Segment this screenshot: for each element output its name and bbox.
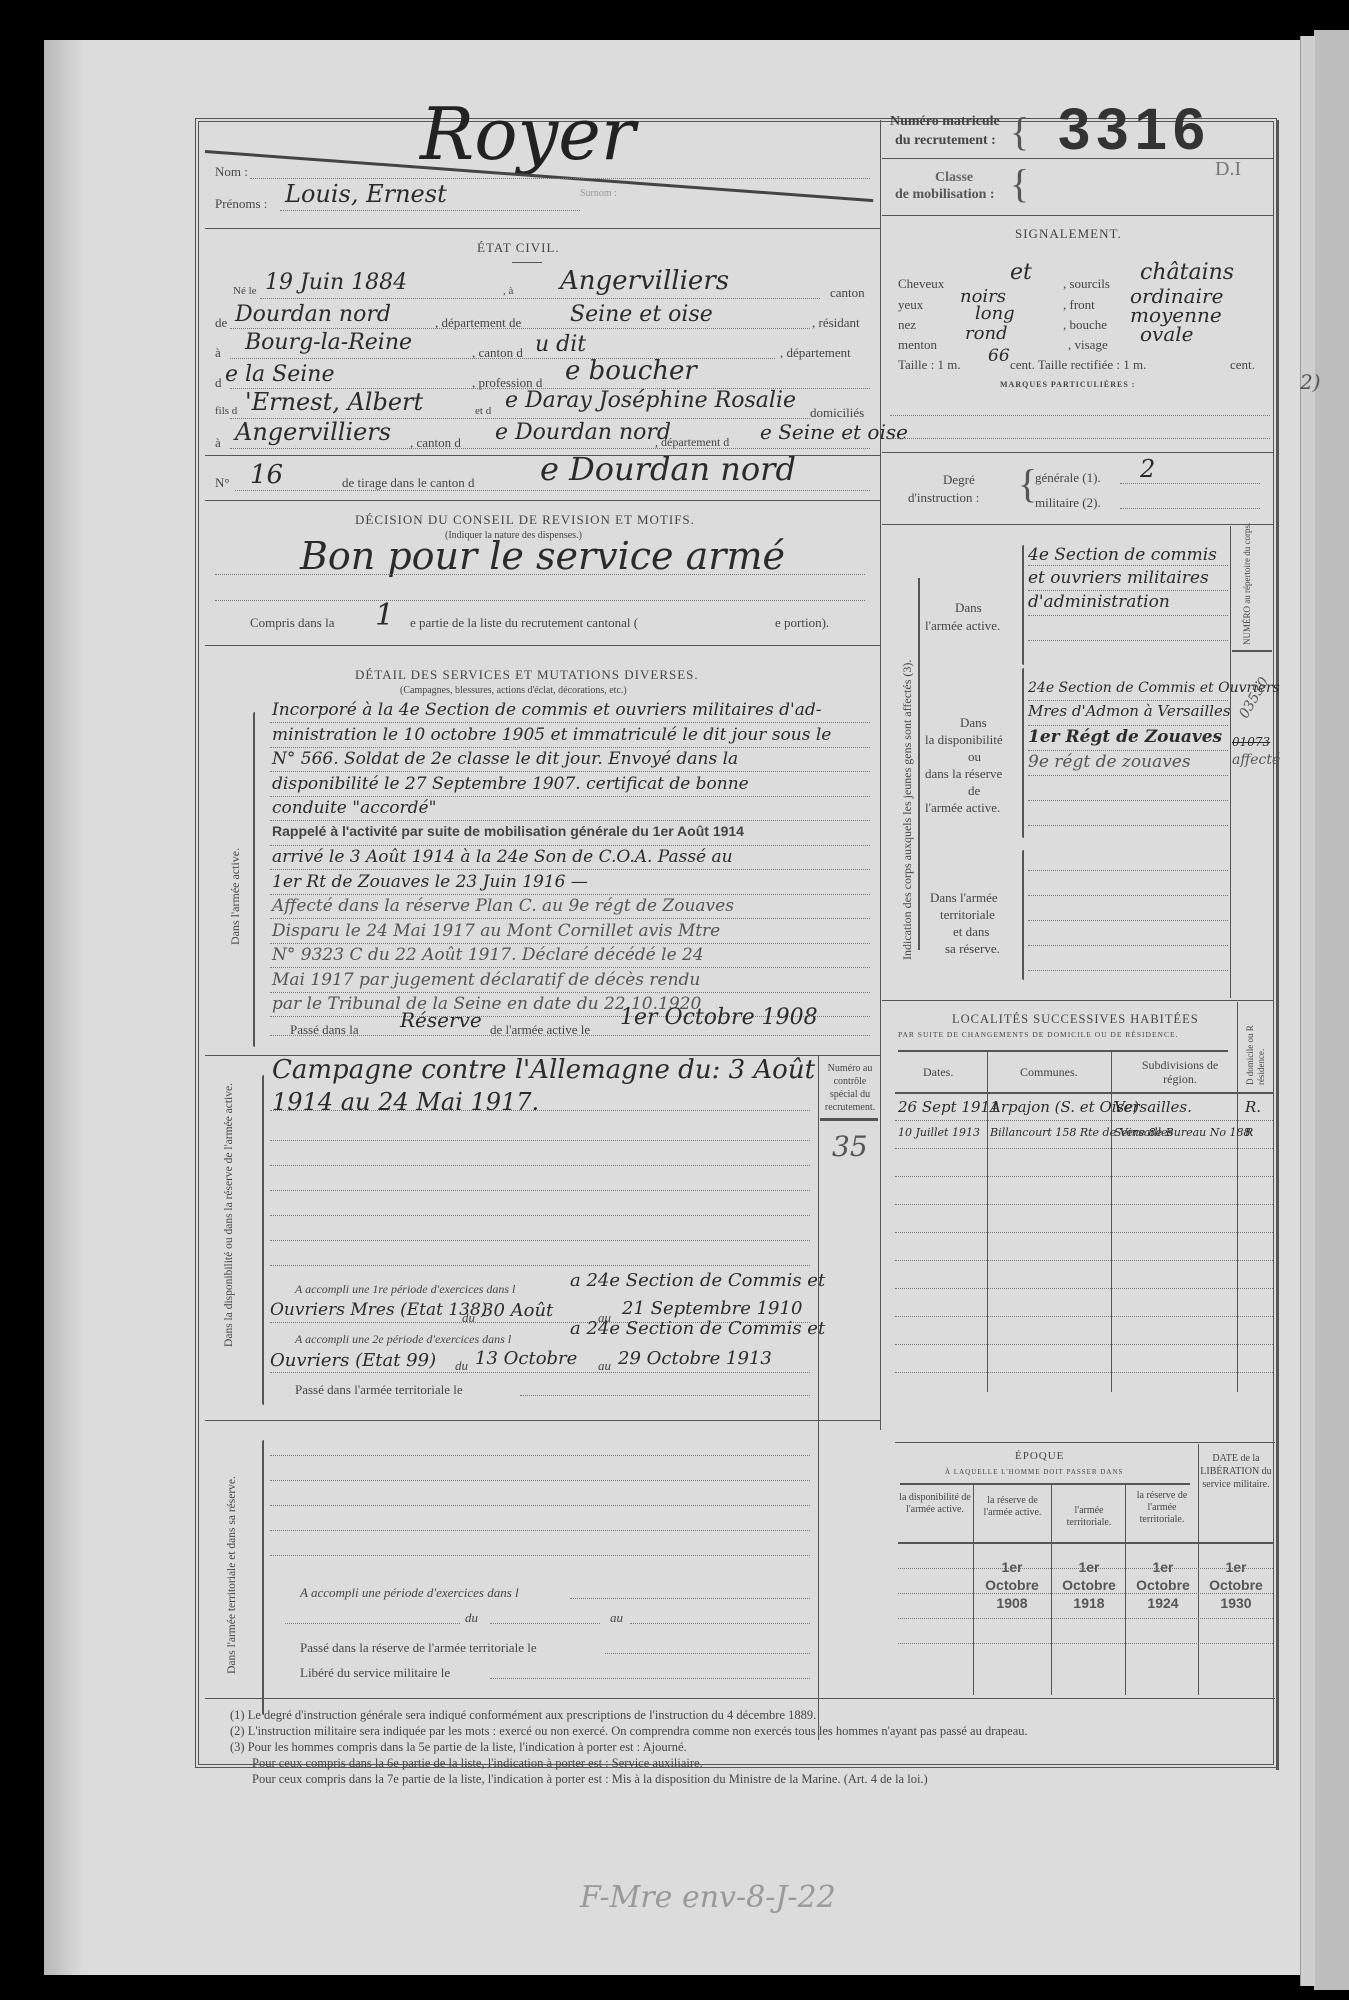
side-label-territoriale: Dans l'armée territoriale et dans sa rés… — [225, 1475, 239, 1675]
affect-divider — [882, 1000, 1274, 1001]
ne-a-label: , à — [503, 285, 513, 297]
ne-a-value: Angervilliers — [560, 266, 729, 296]
liberation-value: 1er Octobre 1930 — [1200, 1558, 1272, 1612]
yeux-label: yeux — [898, 297, 923, 313]
terr-reserve-label: Passé dans la réserve de l'armée territo… — [300, 1640, 537, 1656]
periode2-label: A accompli une 2e période d'exercices da… — [295, 1332, 511, 1347]
bouche-label: , bouche — [1063, 317, 1107, 333]
classe-brace: { — [1010, 160, 1029, 207]
epoque-header-underline — [898, 1542, 1273, 1544]
departement2-label: , département — [780, 345, 851, 361]
compris-value: 1 — [375, 598, 394, 633]
compris-label: Compris dans la — [250, 615, 335, 631]
el-4 — [898, 1643, 1273, 1644]
periode1-label: A accompli une 1re période d'exercices d… — [295, 1282, 515, 1297]
tirage-line — [235, 490, 870, 491]
portion-label: e portion). — [775, 615, 829, 631]
loc-type: R — [1245, 1126, 1253, 1139]
loc-header-communes: Communes. — [1020, 1065, 1078, 1080]
services-dotted-line — [270, 771, 870, 772]
el-2 — [898, 1593, 1273, 1594]
affectation-side-label: Indication des corps auxquels les jeunes… — [900, 660, 915, 960]
sourcils-label: , sourcils — [1063, 276, 1110, 292]
services-line: ministration le 10 octobre 1905 et immat… — [272, 725, 831, 745]
passe-date: 1er Octobre 1908 — [620, 1005, 818, 1030]
services-line: Disparu le 24 Mai 1917 au Mont Cornillet… — [272, 921, 720, 941]
residant-value: Bourg-la-Reine — [245, 330, 412, 355]
terr-label-1: territoriale — [940, 907, 995, 923]
services-line: 1er Rt de Zouaves le 23 Juin 1916 — — [272, 872, 588, 892]
militaire-label: militaire (2). — [1035, 495, 1101, 511]
camp-line-5 — [270, 1215, 810, 1216]
controle-divider — [818, 1056, 819, 1421]
services-dotted-line — [270, 967, 870, 968]
decision-value: Bon pour le service armé — [300, 534, 785, 578]
visage-value: ovale — [1140, 322, 1194, 346]
active-label-2: l'armée active. — [925, 618, 1000, 634]
epoque-ornament — [900, 1483, 1190, 1485]
classe-label-2: de mobilisation : — [895, 187, 995, 203]
terr-label-0: Dans l'armée — [930, 890, 998, 906]
periode2-au: 29 Octobre 1913 — [618, 1348, 772, 1369]
dl-3 — [1028, 750, 1228, 751]
dispo-note: affecté — [1232, 752, 1280, 768]
camp-line-4 — [270, 1190, 810, 1191]
epoque-col-header-2: la réserve de l'armée active. — [975, 1495, 1050, 1519]
tl-4 — [270, 1530, 810, 1531]
gen-line — [1120, 483, 1260, 484]
dispo-label-0: Dans — [960, 715, 987, 731]
footnote-5: Pour ceux compris dans la 7e partie de l… — [252, 1772, 928, 1787]
epoque-title: ÉPOQUE — [1015, 1450, 1064, 1462]
territoriale-label: Passé dans l'armée territoriale le — [295, 1382, 463, 1398]
surnom-label: Surnom : — [580, 188, 617, 199]
bottom-pencil-note: F-Mre env-8-J-22 — [580, 1880, 836, 1915]
dl-6 — [1028, 825, 1228, 826]
campagne-line-1: Campagne contre l'Allemagne du: 3 Août — [272, 1055, 815, 1085]
epoque-subtitle: À LAQUELLE L'HOMME DOIT PASSER DANS — [945, 1468, 1123, 1476]
loc-header-underline — [895, 1092, 1273, 1094]
taille-value: 66 — [988, 346, 1010, 366]
dispo-line-2: Mres d'Admon à Versailles — [1028, 702, 1231, 720]
canton-value: Dourdan nord — [235, 302, 391, 327]
ll-1 — [895, 1120, 1273, 1121]
ne-line — [260, 298, 820, 299]
page-shadow — [44, 40, 84, 1975]
el-1 — [898, 1568, 1273, 1569]
localites-subtitle: PAR SUITE DE CHANGEMENTS DE DOMICILE OU … — [898, 1030, 1178, 1039]
de-label: de — [215, 315, 227, 331]
services-title: DÉTAIL DES SERVICES ET MUTATIONS DIVERSE… — [355, 667, 699, 683]
epoque-col-header-4: la réserve de l'armée territoriale. — [1127, 1490, 1197, 1526]
dispo-line-4: 9e régt de zouaves — [1028, 752, 1191, 772]
residant-label: , résidant — [812, 315, 860, 331]
affect-brace-line — [918, 578, 920, 950]
repertoire-underline — [1232, 650, 1272, 652]
services-dotted-line — [270, 894, 870, 895]
controle-header: Numéro au contrôle spécial du recrutemen… — [822, 1062, 878, 1114]
ll-4 — [895, 1204, 1273, 1205]
side-label-active: Dans l'armée active. — [228, 848, 243, 945]
prenoms-label: Prénoms : — [215, 196, 267, 212]
departement2-de-label: d — [215, 375, 222, 391]
tirage-no-value: 16 — [250, 460, 283, 490]
periode1-unit2: Ouvriers Mres (Etat 138) — [270, 1300, 487, 1320]
nom-line — [250, 178, 870, 179]
camp-line-1 — [270, 1110, 810, 1111]
services-line: conduite "accordé" — [272, 798, 436, 818]
services-dotted-line — [270, 747, 870, 748]
degre-label-1: Degré — [943, 472, 975, 488]
services-dotted-line — [270, 943, 870, 944]
active-label-1: Dans — [955, 600, 982, 616]
matricule-number: 3316 — [1058, 96, 1211, 163]
ll-8 — [895, 1316, 1273, 1317]
dispo-brace — [1022, 668, 1024, 838]
services-dotted-line — [270, 918, 870, 919]
epoque-col-header-1: la disponibilité de l'armée active. — [898, 1492, 972, 1516]
matricule-label-1: Numéro matricule — [890, 114, 1000, 130]
page-binding-edge — [1300, 36, 1315, 1986]
nez-value: long — [975, 303, 1015, 324]
et-de-label: et d — [475, 405, 491, 417]
repertoire-divider — [1230, 526, 1231, 998]
al-2 — [1028, 590, 1228, 591]
services-line: N° 9323 C du 22 Août 1917. Déclaré décéd… — [272, 945, 704, 965]
degre-label-2: d'instruction : — [908, 490, 979, 506]
footnote-divider — [205, 1698, 1275, 1699]
dispo-label-1: la disponibilité — [925, 732, 1003, 748]
dom-line — [230, 448, 870, 449]
mobilisation-stamp-line: Rappelé à l'activité par suite de mobili… — [272, 823, 744, 839]
services-dotted-line — [270, 992, 870, 993]
terr-affect-brace — [1022, 850, 1024, 980]
domicile-dep-value: e Seine et oise — [760, 420, 908, 444]
campagnes-brace — [262, 1075, 264, 1405]
marques-title: MARQUES PARTICULIÈRES : — [1000, 380, 1135, 389]
ll-3 — [895, 1176, 1273, 1177]
dispo-label-5: l'armée active. — [925, 800, 1000, 816]
footnote-2: (2) L'instruction militaire sera indiqué… — [230, 1724, 1028, 1739]
nom-value: Royer — [420, 92, 635, 176]
compris-suffix: e partie de la liste du recrutement cant… — [410, 615, 638, 631]
taille-cent-label: cent. Taille rectifiée : 1 m. — [1010, 357, 1146, 373]
tl-5 — [270, 1555, 810, 1556]
matricule-brace: { — [1010, 108, 1029, 155]
terr-label-3: sa réserve. — [945, 941, 1000, 957]
p2-line — [270, 1372, 810, 1373]
dl-1 — [1028, 700, 1228, 701]
taille-rect-cent: cent. — [1230, 357, 1255, 373]
loc-subdivision: Seine 8e Bureau No 188 — [1114, 1126, 1250, 1139]
camp-line-7 — [270, 1265, 810, 1266]
services-line: N° 566. Soldat de 2e classe le dit jour.… — [272, 749, 738, 769]
side-label-disponibilite: Dans la disponibilité ou dans la réserve… — [222, 1065, 236, 1365]
tirage-label: de tirage dans le canton d — [342, 475, 474, 491]
epoque-col-3 — [1125, 1485, 1126, 1695]
marques-divider — [882, 452, 1274, 453]
epoque-value-4: 1er Octobre 1924 — [1127, 1558, 1199, 1612]
camp-line-2 — [270, 1140, 810, 1141]
loc-col-3 — [1237, 1002, 1238, 1392]
ll-9 — [895, 1344, 1273, 1345]
services-line: Incorporé à la 4e Section de commis et o… — [272, 700, 821, 720]
generale-value: 2 — [1140, 455, 1155, 483]
marq-line-2 — [890, 438, 1270, 439]
menton-value: rond — [965, 323, 1008, 344]
pere-value: 'Ernest, Albert — [245, 388, 423, 416]
localites-title: LOCALITÉS SUCCESSIVES HABITÉES — [952, 1012, 1199, 1027]
tl-a4 — [1028, 945, 1228, 946]
fils-label: fils d — [215, 405, 237, 417]
footnote-3: (3) Pour les hommes compris dans la 5e p… — [230, 1740, 687, 1755]
periode1-unit: a 24e Section de Commis et — [570, 1270, 825, 1291]
cheveux-value: et — [1010, 260, 1032, 285]
residant-a-label: à — [215, 345, 221, 361]
tirage-no-label: N° — [215, 475, 230, 491]
loc-header-type: D domicile ou R résidence. — [1245, 1015, 1267, 1085]
al-4 — [1028, 640, 1228, 641]
epoque-col-2 — [1051, 1485, 1052, 1695]
ll-5 — [895, 1232, 1273, 1233]
controle-underline — [820, 1118, 878, 1121]
cheveux-label: Cheveux — [898, 276, 944, 292]
tlib-line — [490, 1678, 810, 1679]
localites-bottom — [895, 1442, 1275, 1443]
page-edge — [1314, 30, 1349, 1990]
dl-2 — [1028, 725, 1228, 726]
dispo-label-2: ou — [968, 749, 981, 765]
footnote-1: (1) Le degré d'instruction générale sera… — [230, 1708, 816, 1723]
al-1 — [1028, 565, 1228, 566]
services-line: Mai 1917 par jugement déclaratif de décè… — [272, 970, 700, 990]
liberation-header: DATE de la LIBÉRATION du service militai… — [1200, 1452, 1272, 1491]
domicile-value: Angervilliers — [235, 418, 391, 446]
services-dotted-line — [270, 722, 870, 723]
tr-line — [605, 1653, 810, 1654]
title-underline — [512, 262, 542, 263]
terr-du-label: du — [465, 1610, 478, 1626]
decision-divider — [205, 645, 880, 646]
active-line-2: et ouvriers militaires — [1028, 568, 1209, 588]
al-3 — [1028, 615, 1228, 616]
degre-divider — [882, 524, 1274, 525]
tl-3 — [270, 1505, 810, 1506]
el-3 — [898, 1618, 1273, 1619]
campagne-line-2: 1914 au 24 Mai 1917. — [272, 1088, 539, 1116]
loc-header-dates: Dates. — [923, 1065, 953, 1080]
taille-label: Taille : 1 m. — [898, 357, 961, 373]
dispo-label-4: de — [968, 783, 980, 799]
classe-label-1: Classe — [935, 170, 973, 186]
terr-periode-label: A accompli une période d'exercices dans … — [300, 1585, 519, 1601]
passe-value: Réserve — [400, 1008, 482, 1032]
tp-au-line — [490, 1623, 600, 1624]
tl-1 — [270, 1455, 810, 1456]
periode1-du: 30 Août — [482, 1300, 553, 1321]
repertoire-label: NUMÉRO au répertoire du corps. — [1242, 523, 1252, 645]
ll-7 — [895, 1288, 1273, 1289]
domicilies-label: domiciliés — [810, 405, 864, 421]
active-line-1: 4e Section de commis — [1028, 545, 1217, 565]
dispo-label-3: dans la réserve — [925, 766, 1002, 782]
localites-ornament — [898, 1050, 1228, 1052]
epoque-col-1 — [973, 1485, 974, 1695]
services-dotted-line — [270, 845, 870, 846]
passe-line — [270, 1035, 870, 1036]
periode2-unit2: Ouvriers (Etat 99) — [270, 1350, 436, 1371]
services-dotted-line — [270, 869, 870, 870]
nez-label: nez — [898, 317, 916, 333]
decision-title: DÉCISION DU CONSEIL DE REVISION ET MOTIF… — [355, 512, 695, 528]
controle-value: 35 — [832, 1130, 868, 1163]
loc-subdivision: Versailles. — [1114, 1098, 1192, 1116]
front-label: , front — [1063, 297, 1095, 313]
ll-2 — [895, 1148, 1273, 1149]
tl-a1 — [1028, 870, 1228, 871]
services-line: Affecté dans la réserve Plan C. au 9e ré… — [272, 896, 734, 916]
dep-line — [230, 328, 810, 329]
services-line: disponibilité le 27 Septembre 1907. cert… — [272, 774, 749, 794]
domicile-a-label: à — [215, 435, 221, 451]
loc-type: R. — [1245, 1098, 1261, 1116]
ll-10 — [895, 1372, 1273, 1373]
departement-value: Seine et oise — [570, 302, 713, 327]
epoque-col-header-3: l'armée territoriale. — [1053, 1505, 1125, 1529]
tirage-divider — [205, 500, 880, 501]
right-frame-inner — [1276, 120, 1279, 1770]
terr-au-label: au — [610, 1610, 623, 1626]
menton-label: menton — [898, 337, 937, 353]
camp-line-6 — [270, 1240, 810, 1241]
terr-label-2: et dans — [953, 924, 989, 940]
nom-label: Nom : — [215, 164, 248, 180]
decision-line-1 — [215, 574, 865, 575]
canton-d-value: u dit — [535, 332, 586, 357]
tl-a2 — [1028, 895, 1228, 896]
prenoms-line — [280, 210, 580, 211]
terr-brace — [262, 1440, 264, 1715]
tp-du-line — [285, 1623, 460, 1624]
dispo-number-2: 01073 — [1232, 735, 1270, 749]
active-line-3: d'administration — [1028, 592, 1170, 612]
services-dotted-line — [270, 796, 870, 797]
tl-a5 — [1028, 970, 1228, 971]
footnote-4: Pour ceux compris dans la 6e partie de l… — [252, 1756, 703, 1771]
periode1-au: 21 Septembre 1910 — [622, 1298, 802, 1319]
dl-4 — [1028, 775, 1228, 776]
epoque-value-3: 1er Octobre 1918 — [1053, 1558, 1125, 1612]
loc-header-subdivisions: Subdivisions de région. — [1130, 1058, 1230, 1086]
classe-value: D.I — [1215, 158, 1241, 181]
periode1-du-label: du — [462, 1310, 475, 1326]
services-brace — [253, 712, 255, 1047]
terr-libere-label: Libéré du service militaire le — [300, 1665, 450, 1681]
loc-date: 26 Sept 1911 — [898, 1098, 1000, 1116]
visage-label: , visage — [1068, 337, 1108, 353]
services-line: arrivé le 3 Août 1914 à la 24e Son de C.… — [272, 847, 733, 867]
ll-6 — [895, 1260, 1273, 1261]
domicile-canton-value: e Dourdan nord — [495, 420, 671, 445]
ne-le-value: 19 Juin 1884 — [265, 270, 407, 295]
tp-line — [570, 1598, 810, 1599]
active-brace — [1022, 545, 1024, 665]
etat-civil-title: ÉTAT CIVIL. — [477, 240, 560, 256]
generale-label: générale (1). — [1035, 470, 1101, 486]
loc-date: 10 Juillet 1913 — [898, 1126, 980, 1139]
column-divider — [880, 120, 881, 1430]
tirage-canton-value: e Dourdan nord — [540, 450, 796, 488]
departement2-value: e la Seine — [225, 362, 334, 387]
dl-5 — [1028, 800, 1228, 801]
profession-value: e boucher — [565, 356, 697, 386]
header-divider — [205, 228, 880, 229]
classe-divider — [882, 215, 1274, 216]
decision-line-2 — [215, 600, 865, 601]
marq-line-1 — [890, 415, 1270, 416]
tl-2 — [270, 1480, 810, 1481]
camp-line-3 — [270, 1165, 810, 1166]
prenoms-value: Louis, Ernest — [285, 180, 447, 208]
sourcils-value: châtains — [1140, 260, 1234, 285]
tl-a3 — [1028, 920, 1228, 921]
canton-label: canton — [830, 285, 865, 301]
epoque-value-2: 1er Octobre 1908 — [976, 1558, 1048, 1612]
campagnes-divider — [205, 1420, 880, 1421]
services-subtitle: (Campagnes, blessures, actions d'éclat, … — [400, 685, 627, 696]
margin-mark: 2) — [1300, 370, 1321, 394]
ne-le-label: Né le — [233, 285, 257, 297]
terr-right-divider — [818, 1420, 819, 1740]
dispo-line-1: 24e Section de Commis et Ouvriers — [1028, 680, 1280, 696]
matricule-label-2: du recrutement : — [895, 133, 996, 149]
periode2-unit: a 24e Section de Commis et — [570, 1318, 825, 1339]
mere-value: e Daray Joséphine Rosalie — [505, 388, 796, 413]
dispo-line-3: 1er Régt de Zouaves — [1028, 727, 1222, 747]
mil-line — [1120, 508, 1260, 509]
periode2-du: 13 Octobre — [475, 1348, 577, 1369]
terr-line — [520, 1395, 810, 1396]
services-dotted-line — [270, 820, 870, 821]
tp-au-line2 — [630, 1623, 810, 1624]
signalement-title: SIGNALEMENT. — [1015, 226, 1122, 242]
